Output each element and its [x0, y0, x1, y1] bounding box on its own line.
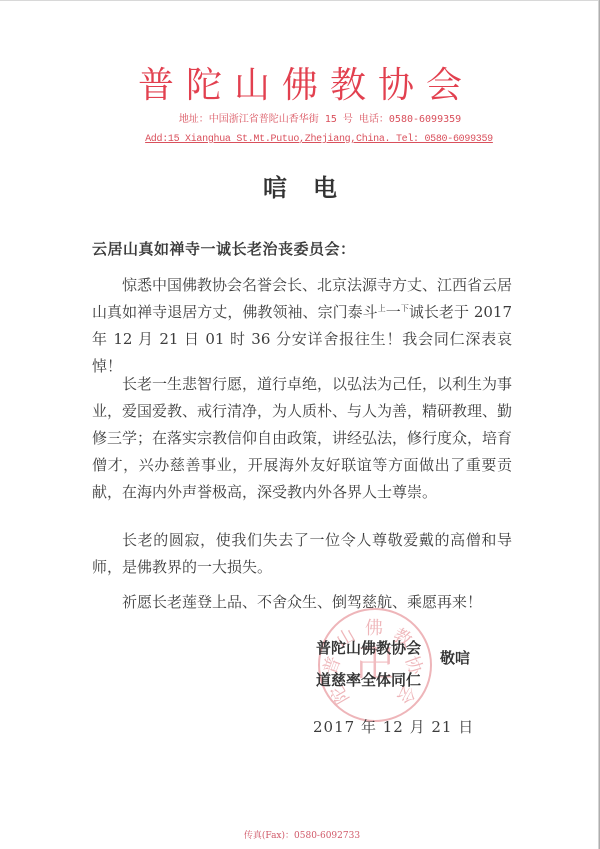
address-chinese: 地址：中国浙江省普陀山香华街 15 号 电话：0580-6099359	[40, 113, 600, 126]
paragraph-2: 长老一生悲智行愿，道行卓绝，以弘法为己任，以利生为事业，爱国爱教、戒行清净，为人…	[92, 371, 512, 506]
addressee: 云居山真如禅寺一诚长老治丧委员会：	[92, 238, 356, 259]
letter-date: 2017 年 12 月 21 日	[313, 716, 474, 737]
signature-organization: 普陀山佛教协会	[316, 632, 421, 664]
signature-respect: 敬唁	[440, 647, 470, 668]
signature-representative: 道慈率全体同仁	[316, 664, 421, 696]
superscript-lower: 下	[401, 304, 409, 313]
paragraph-1: 惊悉中国佛教协会名誉会长、北京法源寺方丈、江西省云居山真如禅寺退居方丈，佛教领袖…	[92, 272, 512, 380]
name-character: 一	[386, 303, 401, 321]
paragraph-3-text: 长老的圆寂，使我们失去了一位令人尊敬爱戴的高僧和导师，是佛教界的一大损失。	[92, 527, 512, 581]
page-edge-top	[0, 0, 600, 1]
superscript-upper: 上	[378, 304, 386, 313]
letterhead: 普陀山佛教协会 地址：中国浙江省普陀山香华街 15 号 电话：0580-6099…	[0, 64, 600, 146]
address-english: Add:15 Xianghua St.Mt.Putuo,Zhejiang,Chi…	[145, 133, 493, 146]
document-title: 唁电	[13, 168, 600, 203]
signature-block: 普陀山佛教协会 道慈率全体同仁	[316, 632, 421, 696]
paragraph-4-text: 祈愿长老莲登上品、不舍众生、倒驾慈航、乘愿再来！	[92, 589, 512, 616]
paragraph-4: 祈愿长老莲登上品、不舍众生、倒驾慈航、乘愿再来！	[92, 589, 512, 616]
organization-name: 普陀山佛教协会	[12, 64, 600, 108]
paragraph-3: 长老的圆寂，使我们失去了一位令人尊敬爱戴的高僧和导师，是佛教界的一大损失。	[92, 527, 512, 581]
paragraph-2-text: 长老一生悲智行愿，道行卓绝，以弘法为己任，以利生为事业，爱国爱教、戒行清净，为人…	[92, 371, 512, 506]
footer-fax: 传真(Fax)：0580-6092733	[2, 828, 600, 841]
